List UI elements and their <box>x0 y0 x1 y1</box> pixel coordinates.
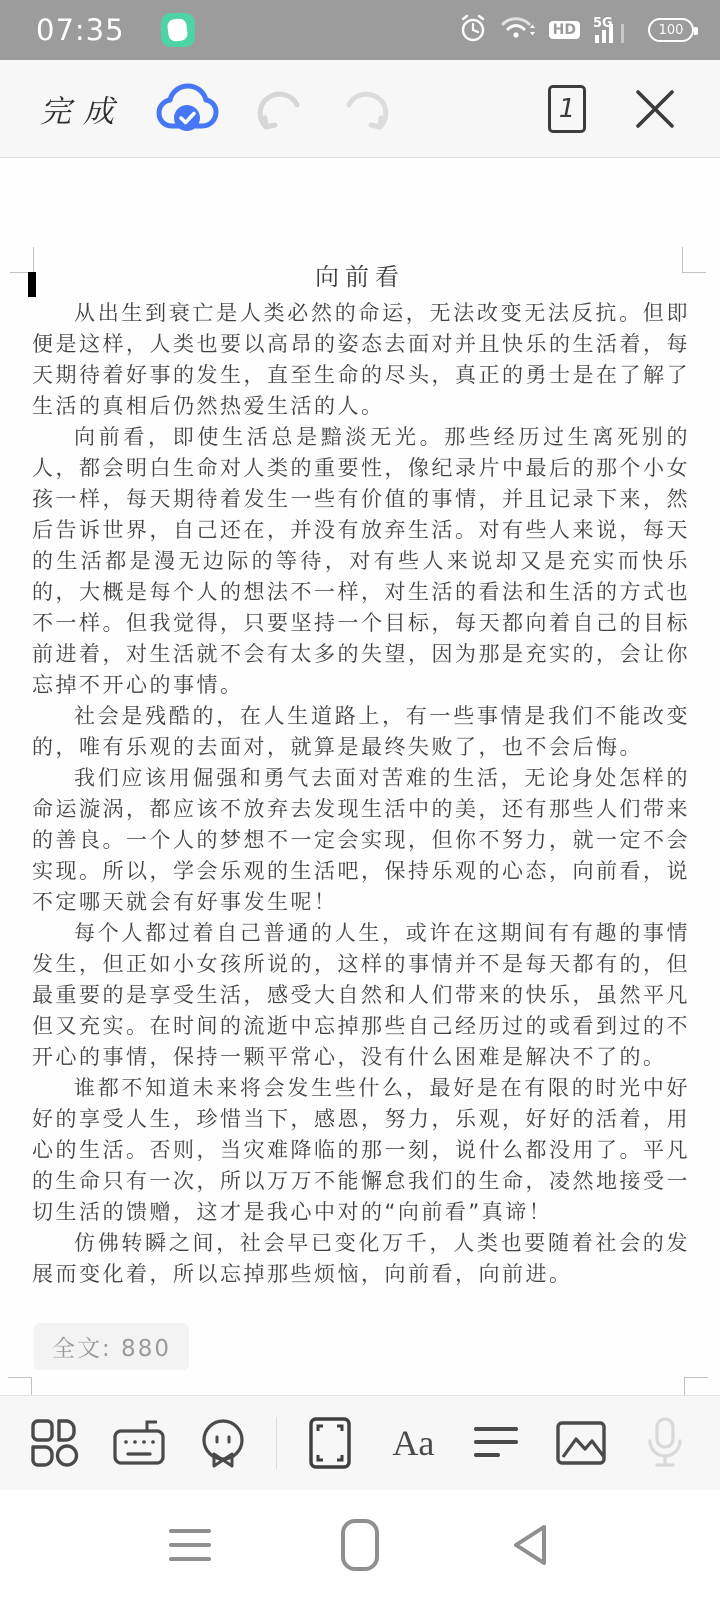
status-bar: 07:35 HD <box>0 0 720 60</box>
page-frame-icon <box>307 1415 353 1471</box>
back-button[interactable] <box>500 1515 560 1575</box>
editor-toolbar: 完成 1 <box>0 60 720 158</box>
widgets-button[interactable] <box>24 1412 86 1474</box>
back-icon <box>508 1521 552 1569</box>
undo-icon <box>250 83 302 135</box>
redo-button[interactable] <box>344 83 396 135</box>
word-count-badge: 全文: 880 <box>34 1323 189 1370</box>
margin-mark-top-left <box>10 247 34 273</box>
cloud-check-icon <box>154 80 220 138</box>
text-cursor <box>28 272 36 297</box>
sticker-face-icon <box>196 1416 250 1470</box>
battery-level: 100 <box>659 23 684 38</box>
home-icon <box>340 1518 380 1572</box>
keyboard-button[interactable] <box>108 1412 170 1474</box>
page-number: 1 <box>559 94 576 124</box>
clock-time: 07:35 <box>36 13 125 47</box>
document-page[interactable]: 向前看 从出生到衰亡是人类必然的命运，无法改变无法反抗。但即便是这样，人类也要以… <box>0 159 720 1395</box>
recent-apps-button[interactable] <box>160 1515 220 1575</box>
margin-mark-top-right <box>682 247 706 273</box>
stickers-button[interactable] <box>192 1412 254 1474</box>
document-paragraphs: 从出生到衰亡是人类必然的命运，无法改变无法反抗。但即便是这样，人类也要以高昂的姿… <box>0 292 720 1290</box>
image-icon <box>554 1419 608 1467</box>
signal-5g-icon: 5G <box>593 15 635 45</box>
hd-volte-icon: HD <box>549 21 580 39</box>
toolbar-divider <box>276 1417 277 1469</box>
document-paragraph: 社会是残酷的，在人生道路上，有一些事情是我们不能改变的，唯有乐观的去面对，就算是… <box>32 701 690 763</box>
battery-icon: 100 <box>648 18 694 42</box>
undo-button[interactable] <box>250 83 302 135</box>
insert-image-button[interactable] <box>550 1412 612 1474</box>
android-nav-bar <box>0 1490 720 1600</box>
widgets-icon <box>29 1417 81 1469</box>
close-icon <box>632 86 678 132</box>
document-paragraph: 每个人都过着自己普通的人生，或许在这期间有有趣的事情发生，但正如小女孩所说的，这… <box>32 918 690 1073</box>
wifi-icon <box>500 14 536 46</box>
font-button[interactable]: Aa <box>382 1412 444 1474</box>
done-button[interactable]: 完成 <box>40 86 126 131</box>
document-paragraph: 谁都不知道未来将会发生些什么，最好是在有限的时光中好好的享受人生，珍惜当下，感恩… <box>32 1073 690 1228</box>
recent-apps-icon <box>167 1527 213 1563</box>
document-title: 向前看 <box>0 262 720 292</box>
font-icon: Aa <box>392 1422 434 1464</box>
page-indicator[interactable]: 1 <box>548 85 586 133</box>
floating-note-app-icon[interactable] <box>161 13 195 47</box>
paragraph-align-icon <box>472 1421 522 1465</box>
paragraph-button[interactable] <box>466 1412 528 1474</box>
redo-icon <box>344 83 396 135</box>
editing-toolbar: Aa <box>0 1395 720 1490</box>
status-icons: HD 5G 100 <box>459 13 694 47</box>
voice-button[interactable] <box>634 1412 696 1474</box>
cloud-sync-button[interactable] <box>154 80 220 138</box>
home-button[interactable] <box>330 1515 390 1575</box>
microphone-icon <box>645 1415 685 1471</box>
document-paragraph: 仿佛转瞬之间，社会早已变化万千，人类也要随着社会的发展而变化着，所以忘掉那些烦恼… <box>32 1228 690 1290</box>
keyboard-icon <box>111 1417 167 1469</box>
document-paragraph: 我们应该用倔强和勇气去面对苦难的生活，无论身处怎样的命运漩涡，都应该不放弃去发现… <box>32 763 690 918</box>
document-paragraph: 从出生到衰亡是人类必然的命运，无法改变无法反抗。但即便是这样，人类也要以高昂的姿… <box>32 298 690 422</box>
screen: 07:35 HD <box>0 0 720 1600</box>
alarm-icon <box>459 13 487 47</box>
page-view-button[interactable] <box>299 1412 361 1474</box>
close-button[interactable] <box>632 86 678 132</box>
document-paragraph: 向前看，即使生活总是黯淡无光。那些经历过生离死别的人，都会明白生命对人类的重要性… <box>32 422 690 701</box>
